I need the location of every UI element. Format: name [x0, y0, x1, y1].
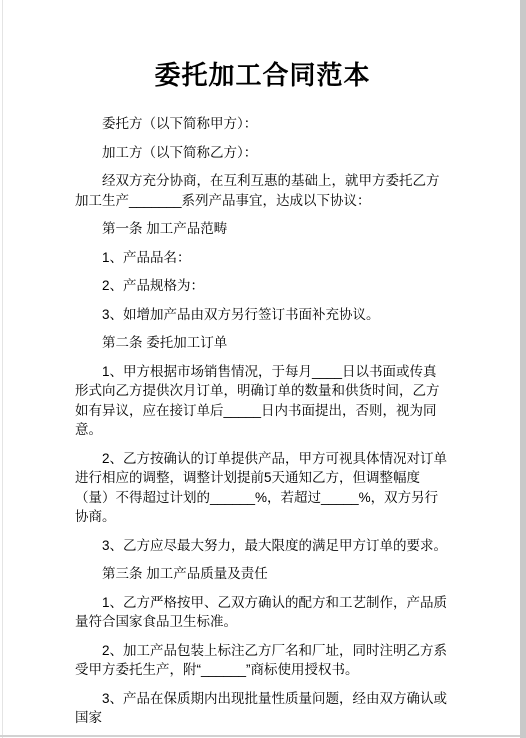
paragraph: 2、乙方按确认的订单提供产品，甲方可视具体情况对订单进行相应的调整，调整计划提前…	[75, 449, 450, 527]
paragraph: 委托方（以下简称甲方）：	[75, 114, 450, 134]
document-content: 委托加工合同范本 委托方（以下简称甲方）：加工方（以下简称乙方）：经双方充分协商…	[75, 0, 450, 737]
section-heading: 第三条 加工产品质量及责任	[75, 564, 450, 584]
paragraph: 1、乙方严格按甲、乙双方确认的配方和工艺制作，产品质量符合国家食品卫生标准。	[75, 593, 450, 632]
paragraph: 1、甲方根据市场销售情况，于每月____日以书面或传真形式向乙方提供次月订单，明…	[75, 362, 450, 440]
section-heading: 第一条 加工产品范畴	[75, 219, 450, 239]
paragraph: 2、加工产品包装上标注乙方厂名和厂址，同时注明乙方系受甲方委托生产，附“____…	[75, 641, 450, 680]
page-edge-left	[2, 0, 3, 738]
page-edge-right	[520, 0, 526, 738]
paragraph: 2、产品规格为：	[75, 276, 450, 296]
paragraph: 3、乙方应尽最大努力，最大限度的满足甲方订单的要求。	[75, 536, 450, 556]
paragraph: 1、产品品名：	[75, 248, 450, 268]
document-page: 委托加工合同范本 委托方（以下简称甲方）：加工方（以下简称乙方）：经双方充分协商…	[0, 0, 526, 738]
paragraph: 加工方（以下简称乙方）：	[75, 143, 450, 163]
document-title: 委托加工合同范本	[75, 60, 450, 90]
paragraph: 3、如增加产品由双方另行签订书面补充协议。	[75, 305, 450, 325]
paragraph: 经双方充分协商，在互利互惠的基础上，就甲方委托乙方加工生产_______系列产品…	[75, 171, 450, 210]
document-body: 委托方（以下简称甲方）：加工方（以下简称乙方）：经双方充分协商，在互利互惠的基础…	[75, 114, 450, 728]
section-heading: 第二条 委托加工订单	[75, 333, 450, 353]
paragraph: 3、产品在保质期内出现批量性质量问题，经由双方确认或国家	[75, 689, 450, 728]
